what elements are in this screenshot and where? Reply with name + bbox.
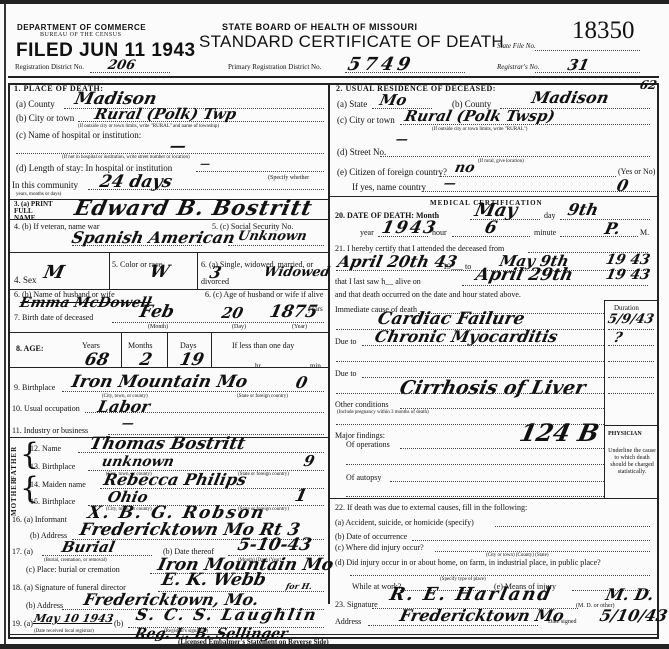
residence-city-label: (c) City or town (337, 115, 395, 125)
left-margin-rule (4, 4, 6, 644)
column-divider (328, 84, 330, 604)
street-label: (d) Street No. (337, 147, 386, 157)
due-to-2-value: Cirrhosis of Liver (398, 377, 588, 399)
last-saw-year-value: 19 43 (604, 267, 651, 283)
due-to-1-value: Chronic Myocarditis (373, 327, 559, 346)
birthplace-value: Iron Mountain Mo (70, 372, 249, 392)
registrar-signature-value: S. C. S. Laughlin (134, 605, 320, 624)
occupation-value: Labor (96, 397, 152, 416)
birth-month-value: Feb (138, 302, 176, 322)
certificate-title: STANDARD CERTIFICATE OF DEATH (199, 33, 504, 51)
date-signed-value: 5/10/43 (598, 606, 669, 625)
scan-border-bottom (0, 644, 669, 649)
board-label: STATE BOARD OF HEALTH OF MISSOURI (222, 22, 418, 32)
last-saw-value: April 29th (474, 265, 575, 285)
funeral-director-value: E. K. Webb (160, 570, 268, 590)
physician-signature-value: R. E. Harland (388, 584, 555, 605)
registrar-value: 31 (566, 56, 591, 74)
director-address-label: (b) Address (26, 601, 63, 611)
age-label: 8. AGE: (16, 344, 44, 354)
residence-margin-code: 62 (639, 78, 659, 92)
street-note: (If rural, give location) (478, 158, 524, 165)
hour-label: hour (432, 228, 447, 238)
due-to-2-label: Due to (335, 369, 357, 379)
death-occurred-text: and that death occurred on the date and … (335, 290, 521, 300)
community-value: 24 days (98, 172, 174, 192)
father-side-label: FATHER (10, 446, 18, 480)
mother-name-label: 14. Maiden name (30, 480, 86, 490)
duration-1-value: 5/9/43 (606, 312, 655, 327)
mother-side-label: MOTHER (10, 478, 18, 516)
registration-district-value: 206 (106, 58, 136, 73)
city-note: (If outside city or town limits, write "… (78, 123, 219, 130)
last-saw-label: that I last saw h__ alive on (335, 277, 421, 287)
ssn-value: Unknown (236, 229, 308, 244)
date-signed-label: Date signed (548, 619, 577, 626)
autopsy-label: Of autopsy (346, 473, 381, 483)
state-file-label: State File No. (497, 43, 536, 50)
birth-date-label: 7. Birth date of deceased (14, 313, 93, 323)
community-label: In this community (12, 180, 78, 190)
residence-heading: 2. USUAL RESIDENCE OF DECEASED: (336, 84, 496, 94)
m-label: M. (640, 228, 649, 238)
full-name-value: Edward B. Bostritt (72, 195, 315, 220)
father-birthplace-label: 13. Birthplace (30, 462, 75, 472)
birthplace-label: 9. Birthplace (14, 383, 55, 393)
death-year-value: 1943 (380, 218, 440, 238)
specify-note: (Specify whether (268, 175, 309, 182)
residence-city-value: Rural (Polk Twsp) (403, 107, 556, 125)
embalmer-statement-note: (Licensed Embalmer's Statement on Revers… (178, 637, 329, 647)
father-name-value: Thomas Bostritt (88, 434, 247, 454)
occupation-label: 10. Usual occupation (12, 404, 80, 414)
registrar-label: Registrar's No. (497, 64, 539, 71)
scan-border-top (0, 0, 669, 4)
father-name-label: 12. Name (30, 444, 61, 454)
date-received-value: May 10 1943 (33, 612, 115, 625)
residence-county-value: Madison (530, 88, 611, 107)
mother-name-value: Rebecca Philips (102, 470, 248, 489)
physician-box-title: PHYSICIAN (608, 429, 642, 439)
due-to-1-label: Due to (335, 337, 357, 347)
burial-note: (Burial, cremation, or removal) (44, 557, 107, 564)
attended-year-value: 19 43 (604, 252, 651, 268)
residence-city-note: (If outside city or town limits, write "… (432, 126, 527, 133)
death-certificate: DEPARTMENT OF COMMERCE BUREAU OF THE CEN… (0, 0, 669, 649)
county-label: (a) County (16, 99, 55, 109)
death-day-value: 9th (566, 200, 600, 219)
physician-address-value: Fredericktown Mo (398, 606, 566, 625)
medical-margin-code: 124 B (517, 418, 602, 447)
burial-label: 17. (a) (12, 547, 33, 557)
physician-box-text: Underline the cause to which death shoul… (607, 448, 657, 476)
injury-location-label: (c) Where did injury occur? (335, 543, 424, 553)
date-received-label: 19. (a) (12, 619, 33, 629)
physician-address-label: Address (335, 617, 361, 627)
physician-suffix: M. D. (604, 585, 656, 604)
year-label: year (360, 228, 374, 238)
community-note: years, months or days) (16, 191, 61, 198)
informant-label: 16. (a) Informant (12, 515, 67, 525)
place-type-note: (Specify type of place) (440, 576, 486, 583)
industry-label: 11. Industry or business (12, 426, 88, 436)
accident-label: (a) Accident, suicide, or homicide (spec… (335, 518, 474, 528)
burial-date-value: 5-10-43 (236, 535, 314, 555)
marital-value: Widowed (262, 265, 331, 280)
birth-year-value: 1875 (268, 302, 320, 322)
city-value: Rural (Polk) Twp (93, 105, 238, 123)
filed-stamp: FILED JUN 11 1943 (16, 40, 196, 62)
immediate-cause-value: Cardiac Failure (376, 309, 527, 329)
hospital-label: (c) Name of hospital or institution: (16, 130, 141, 140)
mother-birthplace-label: 15. Birthplace (30, 497, 75, 507)
city-label: (b) City or town (16, 113, 74, 123)
residence-state-value: Mo (378, 91, 408, 109)
citizen-value: no (453, 160, 476, 176)
burial-place-label: (c) Place: burial or cremation (26, 565, 120, 575)
min-label: min. (310, 361, 323, 371)
hr-label: hr. (255, 361, 262, 371)
primary-district-label: Primary Registration District No. (228, 64, 321, 71)
external-causes-label: 22. If death was due to external causes,… (335, 503, 527, 513)
birthplace-note-2: (State or foreign country) (237, 393, 288, 400)
father-birthplace-value: unknown (100, 454, 175, 470)
hospital-note: (If not in hospital or institution, writ… (62, 154, 190, 161)
sex-label: 4. Sex (14, 275, 37, 285)
birth-month-note: (Month) (148, 324, 168, 331)
operations-label: Of operations (346, 440, 390, 450)
primary-district-value: 5749 (346, 54, 417, 75)
informant-address-label: (b) Address (30, 531, 67, 541)
residence-state-label: (a) State (337, 99, 367, 109)
minute-label: minute (534, 228, 556, 238)
citizen-label: (e) Citizen of foreign country? (337, 167, 447, 177)
day-label: day (544, 211, 556, 221)
birth-day-note: (Day) (232, 324, 246, 331)
spouse-age-label: 6. (c) Age of husband or wife if alive (205, 290, 323, 300)
registration-district-label: Registration District No. (15, 64, 84, 71)
burial-value: Burial (60, 538, 116, 556)
attended-from-value: April 20th 43 (336, 252, 459, 271)
less-than-day-label: If less than one day (232, 341, 294, 351)
registrar-signature-label: (b) (114, 619, 123, 629)
birth-year-note: (Year) (292, 324, 307, 331)
injury-place-label: (d) Did injury occur in or about home, o… (335, 558, 601, 568)
funeral-director-suffix: for H. (285, 581, 313, 591)
state-file-number: 18350 (572, 18, 635, 44)
spouse-value: Emma McDowell (18, 295, 153, 311)
occurrence-date-label: (b) Date of occurrence (335, 532, 407, 542)
birth-day-value: 20 (220, 304, 245, 322)
country-label: If yes, name country (352, 182, 426, 192)
bureau-label: BUREAU OF THE CENSUS (40, 32, 121, 39)
other-conditions-note: (Include pregnancy within 3 months of de… (337, 409, 429, 416)
